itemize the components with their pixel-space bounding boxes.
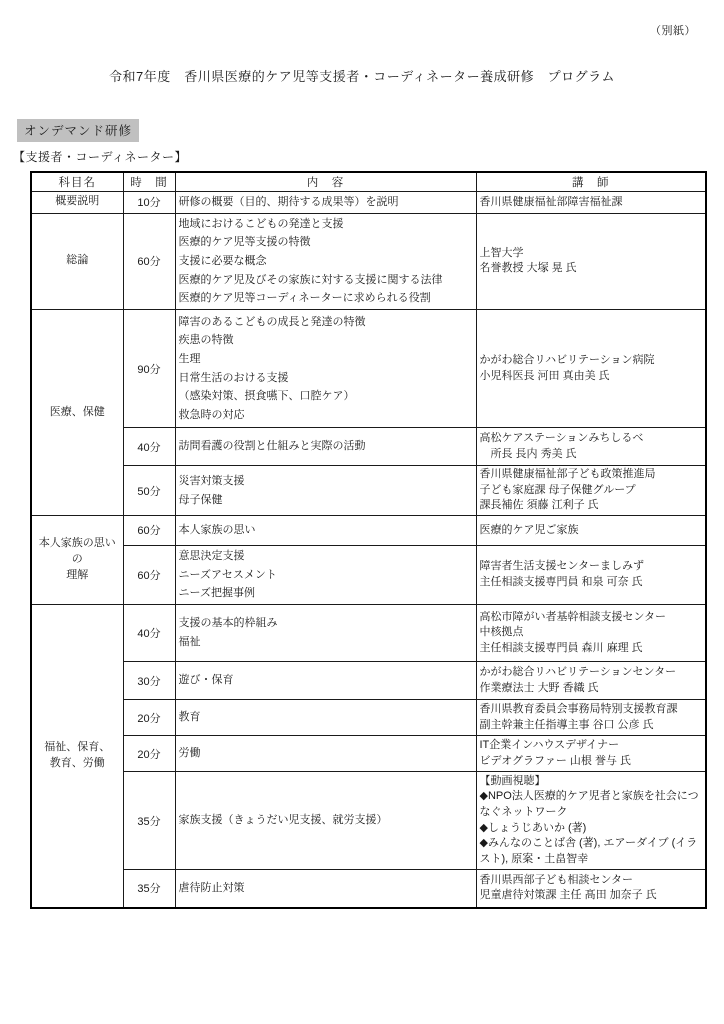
cell-content: 研修の概要（目的、期待する成果等）を説明 — [175, 192, 476, 214]
table-row: 20分 労働 IT企業インハウスデザイナー ビデオグラファー 山根 誉与 氏 — [31, 736, 706, 772]
cell-content: 障害のあるこどもの成長と発達の特徴 疾患の特徴 生理 日常生活のおける支援 （感… — [175, 310, 476, 428]
table-row: 30分 遊び・保育 かがわ総合リハビリテーションセンター 作業療法士 大野 香織… — [31, 662, 706, 700]
cell-lecturer: 【動画視聴】 ◆NPO法人医療的ケア児者と家族を社会につなぐネットワーク ◆しょ… — [476, 772, 706, 870]
cell-content: 意思決定支援 ニーズアセスメント ニーズ把握事例 — [175, 545, 476, 604]
cell-content: 本人家族の思い — [175, 515, 476, 545]
table-row: 医療、保健 90分 障害のあるこどもの成長と発達の特徴 疾患の特徴 生理 日常生… — [31, 310, 706, 428]
cell-lecturer: 香川県西部子ども相談センター 児童虐待対策課 主任 髙田 加奈子 氏 — [476, 870, 706, 908]
cell-content: 虐待防止対策 — [175, 870, 476, 908]
program-table: 科目名 時 間 内 容 講 師 概要説明 10分 研修の概要（目的、期待する成果… — [30, 171, 707, 909]
cell-lecturer: 障害者生活支援センターましみず 主任相談支援専門員 和泉 可奈 氏 — [476, 545, 706, 604]
page-title: 令和7年度 香川県医療的ケア児等支援者・コーディネーター養成研修 プログラム — [0, 66, 724, 85]
cell-time: 60分 — [123, 515, 175, 545]
cell-lecturer: かがわ総合リハビリテーションセンター 作業療法士 大野 香織 氏 — [476, 662, 706, 700]
table-row: 35分 虐待防止対策 香川県西部子ども相談センター 児童虐待対策課 主任 髙田 … — [31, 870, 706, 908]
cell-lecturer: 香川県健康福祉部子ども政策推進局 子ども家庭課 母子保健グループ 課長補佐 須藤… — [476, 466, 706, 516]
cell-time: 60分 — [123, 545, 175, 604]
cell-time: 60分 — [123, 213, 175, 309]
cell-time: 30分 — [123, 662, 175, 700]
cell-content: 訪問看護の役割と仕組みと実際の活動 — [175, 428, 476, 466]
cell-lecturer: 高松ケアステーションみちしるべ 所長 長内 秀美 氏 — [476, 428, 706, 466]
cell-lecturer: 上智大学 名誉教授 大塚 晃 氏 — [476, 213, 706, 309]
cell-subject: 概要説明 — [31, 192, 123, 214]
cell-time: 10分 — [123, 192, 175, 214]
header-content: 内 容 — [175, 172, 476, 192]
cell-lecturer: 香川県健康福祉部障害福祉課 — [476, 192, 706, 214]
table-row: 本人家族の思いの 理解 60分 本人家族の思い 医療的ケア児ご家族 — [31, 515, 706, 545]
cell-content: 労働 — [175, 736, 476, 772]
cell-content: 支援の基本的枠組み 福祉 — [175, 605, 476, 662]
cell-time: 90分 — [123, 310, 175, 428]
table-header-row: 科目名 時 間 内 容 講 師 — [31, 172, 706, 192]
cell-subject: 医療、保健 — [31, 310, 123, 516]
cell-subject: 福祉、保育、 教育、労働 — [31, 605, 123, 908]
cell-subject: 本人家族の思いの 理解 — [31, 515, 123, 604]
subsection-label: 【支援者・コーディネーター】 — [13, 148, 187, 165]
cell-lecturer: IT企業インハウスデザイナー ビデオグラファー 山根 誉与 氏 — [476, 736, 706, 772]
cell-lecturer: かがわ総合リハビリテーション病院 小児科医長 河田 真由美 氏 — [476, 310, 706, 428]
table-row: 40分 訪問看護の役割と仕組みと実際の活動 高松ケアステーションみちしるべ 所長… — [31, 428, 706, 466]
table-row: 50分 災害対策支援 母子保健 香川県健康福祉部子ども政策推進局 子ども家庭課 … — [31, 466, 706, 516]
document-page: （別紙） 令和7年度 香川県医療的ケア児等支援者・コーディネーター養成研修 プロ… — [0, 0, 724, 1024]
cell-lecturer: 香川県教育委員会事務局特別支援教育課 副主幹兼主任指導主事 谷口 公彦 氏 — [476, 700, 706, 736]
cell-content: 災害対策支援 母子保健 — [175, 466, 476, 516]
cell-lecturer: 高松市障がい者基幹相談支援センター 中核拠点 主任相談支援専門員 森川 麻理 氏 — [476, 605, 706, 662]
cell-time: 50分 — [123, 466, 175, 516]
table-row: 35分 家族支援（きょうだい児支援、就労支援） 【動画視聴】 ◆NPO法人医療的… — [31, 772, 706, 870]
table-row: 概要説明 10分 研修の概要（目的、期待する成果等）を説明 香川県健康福祉部障害… — [31, 192, 706, 214]
cell-content: 家族支援（きょうだい児支援、就労支援） — [175, 772, 476, 870]
header-subject: 科目名 — [31, 172, 123, 192]
table-row: 20分 教育 香川県教育委員会事務局特別支援教育課 副主幹兼主任指導主事 谷口 … — [31, 700, 706, 736]
cell-time: 40分 — [123, 428, 175, 466]
cell-content: 遊び・保育 — [175, 662, 476, 700]
cell-content: 地域におけるこどもの発達と支援 医療的ケア児等支援の特徴 支援に必要な概念 医療… — [175, 213, 476, 309]
cell-lecturer: 医療的ケア児ご家族 — [476, 515, 706, 545]
cell-time: 20分 — [123, 736, 175, 772]
table-row: 福祉、保育、 教育、労働 40分 支援の基本的枠組み 福祉 高松市障がい者基幹相… — [31, 605, 706, 662]
header-lecturer: 講 師 — [476, 172, 706, 192]
cell-subject: 総論 — [31, 213, 123, 309]
cell-time: 40分 — [123, 605, 175, 662]
cell-content: 教育 — [175, 700, 476, 736]
cell-time: 35分 — [123, 772, 175, 870]
header-time: 時 間 — [123, 172, 175, 192]
corner-note: （別紙） — [650, 22, 696, 38]
cell-time: 20分 — [123, 700, 175, 736]
table-row: 総論 60分 地域におけるこどもの発達と支援 医療的ケア児等支援の特徴 支援に必… — [31, 213, 706, 309]
cell-time: 35分 — [123, 870, 175, 908]
section-tag-on-demand: オンデマンド研修 — [17, 119, 139, 142]
table-row: 60分 意思決定支援 ニーズアセスメント ニーズ把握事例 障害者生活支援センター… — [31, 545, 706, 604]
